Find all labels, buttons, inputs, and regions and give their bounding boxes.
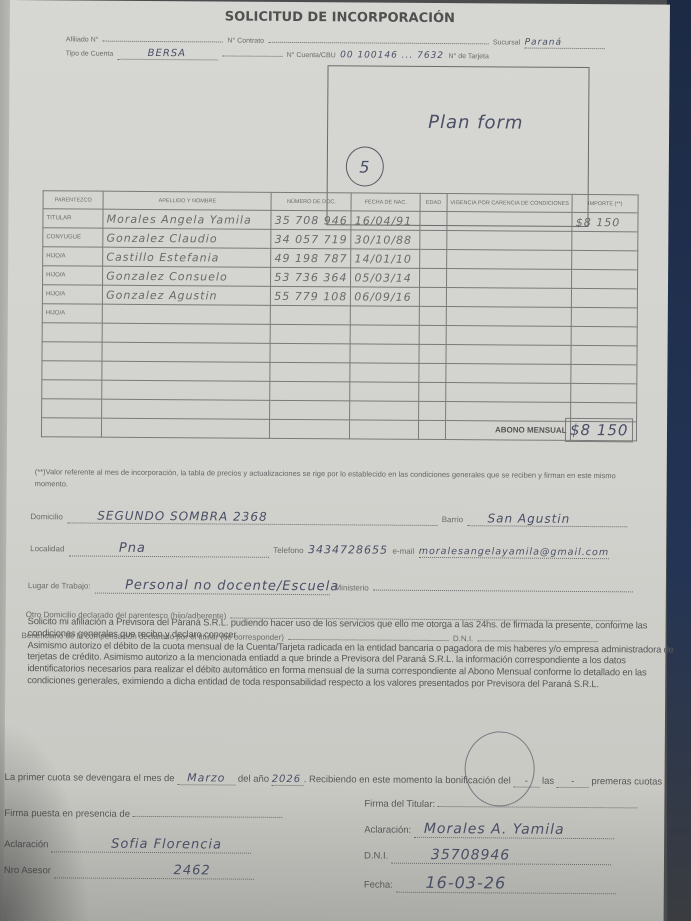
- col-nombre: APELLIDO Y NOMBRE: [103, 191, 271, 210]
- form-page: SOLICITUD DE INCORPORACIÓN Afiliado N° N…: [4, 0, 670, 921]
- cuenta-cbu-field[interactable]: 00 100146 ... 7632: [340, 50, 444, 61]
- cell-vigencia[interactable]: [446, 383, 572, 403]
- cell-parentezco: HIJO/A: [42, 304, 102, 323]
- cell-nombre[interactable]: [102, 342, 270, 362]
- dni-label: D.N.I.: [364, 850, 388, 861]
- cell-parentezco: [42, 380, 102, 399]
- cell-parentezco: [42, 361, 102, 380]
- cell-edad[interactable]: [420, 268, 447, 287]
- cell-importe[interactable]: [572, 307, 638, 326]
- cell-nombre[interactable]: Gonzalez Claudio: [103, 228, 271, 248]
- cell-fecha[interactable]: [350, 344, 419, 363]
- handwritten-note: Plan form: [428, 112, 523, 134]
- cell-vigencia[interactable]: [446, 307, 572, 327]
- cell-doc[interactable]: 49 198 787: [271, 248, 351, 268]
- cell-parentezco: HIJO/A: [43, 266, 103, 285]
- cell-fecha[interactable]: [350, 382, 419, 401]
- presencia-label: Firma puesta en presencia de: [4, 808, 130, 820]
- footnote: (**)Valor referente al mes de incorporac…: [35, 466, 645, 494]
- col-importe: IMPORTE (**): [572, 194, 638, 212]
- terms-paragraph: Solicito mi afiliación a Previsora del P…: [27, 615, 677, 690]
- cell-doc[interactable]: [270, 400, 350, 420]
- presencia-row: Firma puesta en presencia de: [4, 808, 282, 821]
- cell-fecha[interactable]: 14/01/10: [351, 249, 420, 268]
- cell-vigencia[interactable]: [446, 364, 572, 384]
- localidad-row: Localidad Pna Telefono 3434728655 e-mail…: [30, 538, 609, 560]
- col-fecha: FECHA DE NAC.: [351, 193, 420, 211]
- cell-edad[interactable]: [420, 230, 447, 249]
- cell-importe[interactable]: $8 150: [572, 212, 638, 231]
- circled-number: 5: [346, 146, 384, 186]
- cell-parentezco: HIJO/A: [43, 247, 103, 266]
- cell-nombre[interactable]: [102, 399, 270, 419]
- telefono-label: Telefono: [273, 546, 303, 555]
- barrio-label: Barrio: [442, 515, 463, 524]
- fecha-field[interactable]: 16-03-26: [395, 873, 615, 895]
- titular-signature-field[interactable]: [438, 806, 638, 808]
- cell-vigencia[interactable]: [447, 231, 573, 251]
- cell-nombre[interactable]: [102, 380, 270, 400]
- cell-doc[interactable]: 35 708 946: [271, 210, 351, 230]
- trabajo-label: Lugar de Trabajo:: [28, 581, 91, 590]
- cell-edad[interactable]: [419, 420, 446, 439]
- cell-vigencia[interactable]: [446, 345, 572, 365]
- cell-fecha[interactable]: 06/09/16: [351, 287, 420, 306]
- cell-importe[interactable]: [572, 231, 638, 250]
- cell-parentezco: [42, 342, 102, 361]
- ministerio-label: Ministerio: [334, 583, 368, 592]
- asesor-row: Nro Asesor 2462: [4, 862, 254, 880]
- cell-importe[interactable]: [571, 345, 637, 364]
- cell-fecha[interactable]: 30/10/88: [351, 230, 420, 249]
- cell-parentezco: [41, 418, 101, 437]
- background-fabric: [667, 0, 691, 921]
- aclaracion-left-field[interactable]: Sofia Florencia: [51, 836, 251, 853]
- cell-nombre[interactable]: [102, 323, 270, 343]
- col-parentezco: PARENTEZCO: [43, 191, 103, 209]
- cell-parentezco: TITULAR: [43, 209, 103, 228]
- tarjeta-label: N° de Tarjeta: [448, 53, 488, 60]
- cell-fecha[interactable]: [350, 325, 419, 344]
- form-title: SOLICITUD DE INCORPORACIÓN: [10, 8, 670, 28]
- cell-vigencia[interactable]: [446, 326, 572, 346]
- presencia-signature-field[interactable]: [133, 816, 283, 818]
- cell-doc[interactable]: [270, 381, 350, 401]
- year-label: del año: [238, 774, 269, 785]
- tipo-cuenta-line: [222, 55, 282, 56]
- dni-row: D.N.I. 35708946: [364, 846, 611, 865]
- cell-edad[interactable]: [419, 325, 446, 344]
- cell-importe[interactable]: [572, 288, 638, 307]
- cell-fecha[interactable]: [350, 363, 419, 382]
- cell-nombre[interactable]: [102, 418, 270, 438]
- cell-importe[interactable]: [571, 364, 637, 383]
- domicilio-row: Domicilio SEGUNDO SOMBRA 2368 Barrio San…: [30, 506, 627, 528]
- terms-p2: Asimismo autorizo el débito de la cuota …: [27, 639, 677, 691]
- cell-edad[interactable]: [419, 344, 446, 363]
- cell-parentezco: HIJO/A: [42, 285, 102, 304]
- localidad-label: Localidad: [30, 544, 64, 553]
- cell-nombre[interactable]: Castillo Estefania: [103, 247, 271, 267]
- header-row-2: Tipo de Cuenta BERSA N° Cuenta/CBU 00 10…: [66, 42, 489, 63]
- cell-nombre[interactable]: Morales Angela Yamila: [103, 209, 271, 229]
- aclaracion-right-label: Aclaración:: [364, 824, 411, 835]
- cell-parentezco: CONYUGUE: [43, 228, 103, 247]
- first-fee-year-field[interactable]: 2026: [272, 774, 304, 786]
- cell-nombre[interactable]: Gonzalez Consuelo: [103, 266, 271, 286]
- sucursal-field[interactable]: Paraná: [525, 38, 605, 50]
- cell-fecha[interactable]: 16/04/91: [351, 211, 420, 230]
- cell-vigencia[interactable]: [447, 212, 573, 232]
- aclaracion-right-row: Aclaración: Morales A. Yamila: [364, 820, 614, 839]
- abono-mensual-label: ABONO MENSUAL: [495, 425, 567, 434]
- cell-importe[interactable]: [571, 326, 637, 345]
- tipo-cuenta-label: Tipo de Cuenta: [66, 50, 114, 57]
- domicilio-field[interactable]: SEGUNDO SOMBRA 2368: [67, 508, 437, 526]
- titular-label: Firma del Titular:: [364, 798, 435, 809]
- aclaracion-left-label: Aclaración: [4, 839, 48, 850]
- cell-fecha[interactable]: 05/03/14: [351, 268, 420, 287]
- cell-doc[interactable]: 34 057 719: [271, 229, 351, 249]
- trabajo-row: Lugar de Trabajo: Personal no docente/Es…: [28, 575, 633, 597]
- asesor-field[interactable]: 2462: [54, 862, 254, 879]
- cell-doc[interactable]: 55 779 108: [271, 286, 351, 306]
- cell-doc[interactable]: [271, 305, 351, 325]
- cell-edad[interactable]: [419, 306, 446, 325]
- cell-fecha[interactable]: [351, 306, 420, 325]
- titular-row: Firma del Titular:: [364, 798, 637, 811]
- las-label: las: [542, 776, 554, 787]
- col-edad: EDAD: [420, 193, 447, 211]
- cell-edad[interactable]: [420, 211, 447, 230]
- cell-importe[interactable]: [572, 250, 638, 269]
- telefono-field[interactable]: 3434728655: [308, 543, 388, 557]
- abono-mensual-value[interactable]: $8 150: [565, 418, 633, 442]
- cell-nombre[interactable]: [102, 361, 270, 381]
- tipo-cuenta-field[interactable]: BERSA: [118, 48, 218, 61]
- aclaracion-right-field[interactable]: Morales A. Yamila: [414, 821, 614, 839]
- cell-doc[interactable]: [270, 419, 350, 439]
- cell-edad[interactable]: [419, 382, 446, 401]
- cell-parentezco: [42, 399, 102, 418]
- first-fee-month-field[interactable]: Marzo: [177, 771, 235, 785]
- asesor-label: Nro Asesor: [4, 865, 51, 876]
- localidad-field[interactable]: Pna: [69, 540, 269, 557]
- cell-nombre[interactable]: [102, 304, 270, 324]
- cell-vigencia[interactable]: [445, 402, 571, 422]
- col-vigencia: VIGENCIA POR CARENCIA DE CONDICIONES: [447, 194, 573, 213]
- dni-field[interactable]: 35708946: [391, 847, 611, 866]
- cell-doc[interactable]: 53 736 364: [271, 267, 351, 287]
- cell-fecha[interactable]: [350, 420, 419, 439]
- cell-edad[interactable]: [420, 249, 447, 268]
- cuotas-label: premeras cuotas: [591, 776, 662, 787]
- cell-vigencia[interactable]: [446, 269, 572, 289]
- fecha-row: Fecha: 16-03-26: [364, 872, 616, 894]
- cell-nombre[interactable]: Gonzalez Agustin: [103, 285, 271, 305]
- col-doc: NÚMERO DE DOC.: [271, 192, 351, 211]
- cell-parentezco: [42, 323, 102, 342]
- cell-edad[interactable]: [419, 363, 446, 382]
- cell-importe[interactable]: [572, 269, 638, 288]
- cell-fecha[interactable]: [350, 401, 419, 420]
- domicilio-label: Domicilio: [30, 512, 63, 521]
- ministerio-field[interactable]: [373, 590, 633, 593]
- cell-doc[interactable]: [270, 343, 350, 363]
- members-table: PARENTEZCO APELLIDO Y NOMBRE NÚMERO DE D…: [41, 190, 639, 441]
- cell-vigencia[interactable]: [446, 250, 572, 270]
- cuenta-cbu-label: N° Cuenta/CBU: [287, 52, 336, 59]
- trabajo-field[interactable]: Personal no docente/Escuela: [95, 578, 330, 596]
- first-fee-row: La primer cuota se devengara el mes de M…: [5, 770, 663, 789]
- cell-doc[interactable]: [270, 324, 350, 344]
- cell-edad[interactable]: [419, 401, 446, 420]
- aclaracion-left-row: Aclaración Sofia Florencia: [4, 836, 251, 854]
- stamp-scribble: [464, 731, 535, 806]
- cell-importe[interactable]: [571, 383, 637, 402]
- cell-doc[interactable]: [270, 362, 350, 382]
- email-field[interactable]: moralesangelayamila@gmail.com: [419, 546, 609, 559]
- cell-vigencia[interactable]: [446, 288, 572, 308]
- first-fee-label: La primer cuota se devengara el mes de: [5, 772, 175, 784]
- fecha-label: Fecha:: [364, 879, 393, 890]
- barrio-field[interactable]: San Agustin: [467, 511, 627, 527]
- email-label: e-mail: [392, 547, 414, 556]
- sucursal-label: Sucursal: [493, 39, 520, 46]
- las-field[interactable]: -: [557, 776, 589, 788]
- cell-edad[interactable]: [419, 287, 446, 306]
